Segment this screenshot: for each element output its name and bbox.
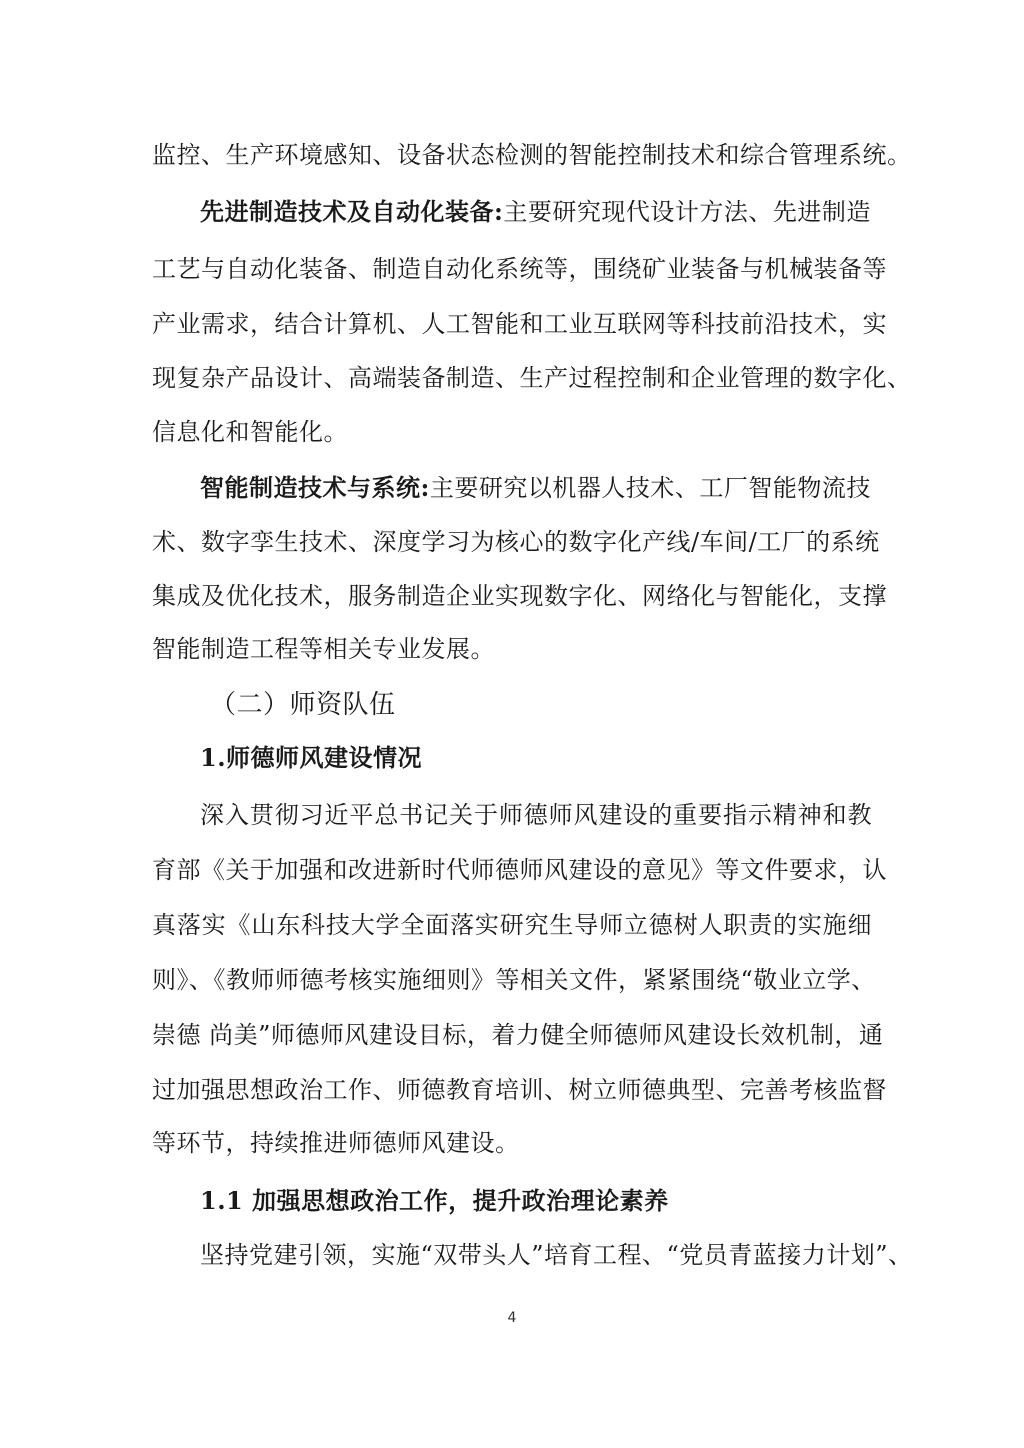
paragraph-line: 坚持党建引领，实施“双带头人”培育工程、“党员青蓝接力计划”、 bbox=[200, 1240, 872, 1270]
paragraph-line: 现复杂产品设计、高端装备制造、生产过程控制和企业管理的数字化、 bbox=[152, 363, 872, 393]
paragraph-first-line: 智能制造技术与系统:主要研究以机器人技术、工厂智能物流技 bbox=[200, 473, 872, 503]
paragraph-line: 集成及优化技术，服务制造企业实现数字化、网络化与智能化，支撑 bbox=[152, 581, 872, 611]
paragraph-line: 则》、《教师师德考核实施细则》等相关文件，紧紧围绕“敬业立学、 bbox=[152, 965, 872, 995]
paragraph-text: 主要研究以机器人技术、工厂智能物流技 bbox=[430, 474, 871, 502]
paragraph-line: 术、数字孪生技术、深度学习为核心的数字化产线/车间/工厂的系统 bbox=[152, 527, 872, 557]
subheading: 1.1 加强思想政治工作，提升政治理论素养 bbox=[200, 1186, 920, 1216]
paragraph-line: 工艺与自动化装备、制造自动化系统等，围绕矿业装备与机械装备等 bbox=[152, 254, 872, 284]
paragraph-first-line: 先进制造技术及自动化装备:主要研究现代设计方法、先进制造 bbox=[200, 197, 872, 227]
paragraph-text: 主要研究现代设计方法、先进制造 bbox=[503, 198, 871, 226]
subheading: 1.师德师风建设情况 bbox=[200, 743, 920, 773]
paragraph-title-intelligent-manufacturing: 智能制造技术与系统: bbox=[200, 473, 430, 502]
document-page: 监控、生产环境感知、设备状态检测的智能控制技术和综合管理系统。 先进制造技术及自… bbox=[0, 0, 1024, 1448]
paragraph-line: 等环节，持续推进师德师风建设。 bbox=[152, 1128, 872, 1158]
section-heading: （二）师资队伍 bbox=[210, 690, 930, 720]
paragraph-line: 信息化和智能化。 bbox=[152, 417, 872, 447]
paragraph-line: 智能制造工程等相关专业发展。 bbox=[152, 634, 872, 664]
paragraph-line: 监控、生产环境感知、设备状态检测的智能控制技术和综合管理系统。 bbox=[152, 140, 872, 170]
paragraph-line: 产业需求，结合计算机、人工智能和工业互联网等科技前沿技术，实 bbox=[152, 309, 872, 339]
paragraph-line: 真落实《山东科技大学全面落实研究生导师立德树人职责的实施细 bbox=[152, 910, 872, 940]
paragraph-line: 深入贯彻习近平总书记关于师德师风建设的重要指示精神和教 bbox=[200, 800, 872, 830]
page-number: 4 bbox=[0, 1310, 1024, 1326]
paragraph-line: 过加强思想政治工作、师德教育培训、树立师德典型、完善考核监督 bbox=[152, 1075, 872, 1105]
paragraph-line: 育部《关于加强和改进新时代师德师风建设的意见》等文件要求，认 bbox=[152, 855, 872, 885]
paragraph-line: 崇德 尚美”师德师风建设目标，着力健全师德师风建设长效机制，通 bbox=[152, 1020, 872, 1050]
paragraph-title-advanced-manufacturing: 先进制造技术及自动化装备: bbox=[200, 197, 503, 226]
